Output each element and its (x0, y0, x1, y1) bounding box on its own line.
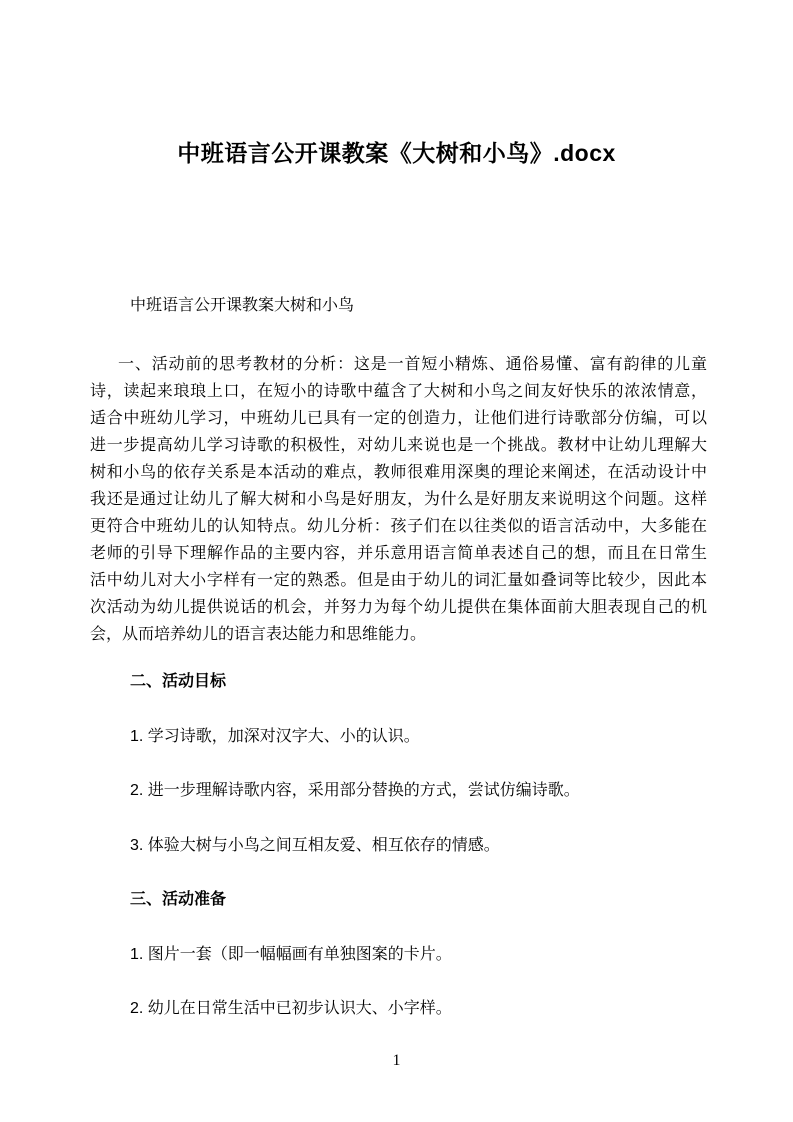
preparation-item: 2. 幼儿在日常生活中已初步认识大、小字样。 (90, 995, 707, 1022)
paragraph-line: 一、活动前的思考教材的分析：这是一首短小精炼、通俗易懂、富有韵律的儿童 (90, 351, 707, 378)
page-number: 1 (0, 1052, 793, 1070)
goal-item: 3. 体验大树与小鸟之间互相友爱、相互依存的情感。 (90, 832, 707, 859)
section-heading-preparation: 三、活动准备 (90, 886, 707, 913)
paragraph-line: 树和小鸟的依存关系是本活动的难点，教师很难用深奥的理论来阐述，在活动设计中 (90, 459, 707, 486)
document-page: 中班语言公开课教案《大树和小鸟》.docx 中班语言公开课教案大树和小鸟 一、活… (0, 0, 793, 1122)
paragraph-line: 老师的引导下理解作品的主要内容，并乐意用语言简单表述自己的想，而且在日常生 (90, 540, 707, 567)
paragraph-line: 诗，读起来琅琅上口，在短小的诗歌中蕴含了大树和小鸟之间友好快乐的浓浓情意， (90, 378, 707, 405)
paragraph-line: 更符合中班幼儿的认知特点。幼儿分析：孩子们在以往类似的语言活动中，大多能在 (90, 513, 707, 540)
document-title: 中班语言公开课教案《大树和小鸟》.docx (0, 136, 793, 170)
preparation-item: 1. 图片一套（即一幅幅画有单独图案的卡片。 (90, 941, 707, 968)
document-subtitle: 中班语言公开课教案大树和小鸟 (90, 292, 707, 319)
paragraph-line: 活中幼儿对大小字样有一定的熟悉。但是由于幼儿的词汇量如叠词等比较少，因此本 (90, 567, 707, 594)
section-heading-goals: 二、活动目标 (90, 668, 707, 695)
paragraph-line: 会，从而培养幼儿的语言表达能力和思维能力。 (90, 621, 707, 648)
document-body: 中班语言公开课教案大树和小鸟 一、活动前的思考教材的分析：这是一首短小精炼、通俗… (90, 292, 707, 1050)
paragraph-line: 我还是通过让幼儿了解大树和小鸟是好朋友，为什么是好朋友来说明这个问题。这样 (90, 486, 707, 513)
paragraph-line: 进一步提高幼儿学习诗歌的积极性，对幼儿来说也是一个挑战。教材中让幼儿理解大 (90, 432, 707, 459)
paragraph-line: 适合中班幼儿学习，中班幼儿已具有一定的创造力，让他们进行诗歌部分仿编，可以 (90, 405, 707, 432)
paragraph-line: 次活动为幼儿提供说话的机会，并努力为每个幼儿提供在集体面前大胆表现自己的机 (90, 594, 707, 621)
goal-item: 1. 学习诗歌，加深对汉字大、小的认识。 (90, 723, 707, 750)
analysis-paragraph: 一、活动前的思考教材的分析：这是一首短小精炼、通俗易懂、富有韵律的儿童 诗，读起… (90, 351, 707, 648)
goal-item: 2. 进一步理解诗歌内容，采用部分替换的方式，尝试仿编诗歌。 (90, 777, 707, 804)
